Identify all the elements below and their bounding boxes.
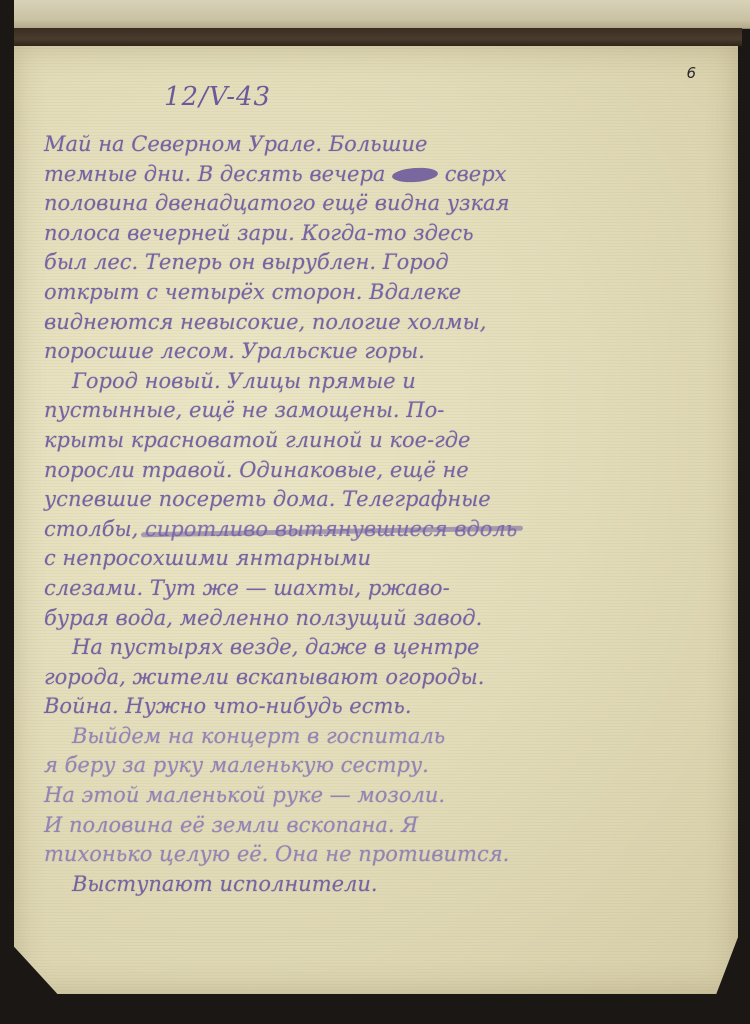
text-line: На пустырях везде, даже в центре — [44, 633, 734, 663]
text-line: слезами. Тут же — шахты, ржаво- — [44, 574, 734, 604]
text-line: темные дни. В десять вечера сверх — [44, 160, 734, 190]
page-number: 6 — [686, 64, 696, 82]
text-line: успевшие посереть дома. Телеграфные — [44, 485, 734, 515]
text-line: с непросохшими янтарными — [44, 544, 734, 574]
ink-blot — [392, 167, 439, 184]
text-line: открыт с четырёх сторон. Вдалеке — [44, 278, 734, 308]
entry-date: 12/V-43 — [164, 82, 271, 112]
text-line: Город новый. Улицы прямые и — [44, 367, 734, 397]
text-line: Выйдем на концерт в госпиталь — [44, 722, 734, 752]
handwritten-text: Май на Северном Урале. Большие темные дн… — [44, 130, 734, 899]
text-line: столбы, сиротливо вытянувшиеся вдоль — [44, 515, 734, 545]
text-line: бурая вода, медленно ползущий завод. — [44, 604, 734, 634]
text-line: Май на Северном Урале. Большие — [44, 130, 734, 160]
text-line: На этой маленькой руке — мозоли. — [44, 781, 734, 811]
text-line: виднеются невысокие, пологие холмы, — [44, 308, 734, 338]
text-line: Выступают исполнители. — [44, 870, 734, 900]
notebook-page: 6 12/V-43 Май на Северном Урале. Большие… — [14, 46, 738, 994]
text-line: я беру за руку маленькую сестру. — [44, 751, 734, 781]
struck-out-text: сиротливо вытянувшиеся вдоль — [145, 515, 517, 545]
text-line: крыты красноватой глиной и кое-где — [44, 426, 734, 456]
text-line-part: темные дни. В десять вечера — [44, 162, 392, 186]
text-line: города, жители вскапывают огороды. — [44, 663, 734, 693]
text-line: Война. Нужно что-нибудь есть. — [44, 692, 734, 722]
text-line: поросшие лесом. Уральские горы. — [44, 337, 734, 367]
scan-background: 6 12/V-43 Май на Северном Урале. Большие… — [0, 0, 750, 1024]
previous-page-edge — [14, 0, 750, 29]
text-line-part: сверх — [438, 162, 506, 186]
notebook-binding-strip — [14, 28, 742, 46]
text-line: пустынные, ещё не замощены. По- — [44, 396, 734, 426]
text-line: был лес. Теперь он вырублен. Город — [44, 248, 734, 278]
text-line: половина двенадцатого ещё видна узкая — [44, 189, 734, 219]
text-line: полоса вечерней зари. Когда-то здесь — [44, 219, 734, 249]
text-line-part: столбы, — [44, 517, 145, 541]
text-line: поросли травой. Одинаковые, ещё не — [44, 456, 734, 486]
text-line: И половина её земли вскопана. Я — [44, 811, 734, 841]
text-line: тихонько целую её. Она не противится. — [44, 840, 734, 870]
